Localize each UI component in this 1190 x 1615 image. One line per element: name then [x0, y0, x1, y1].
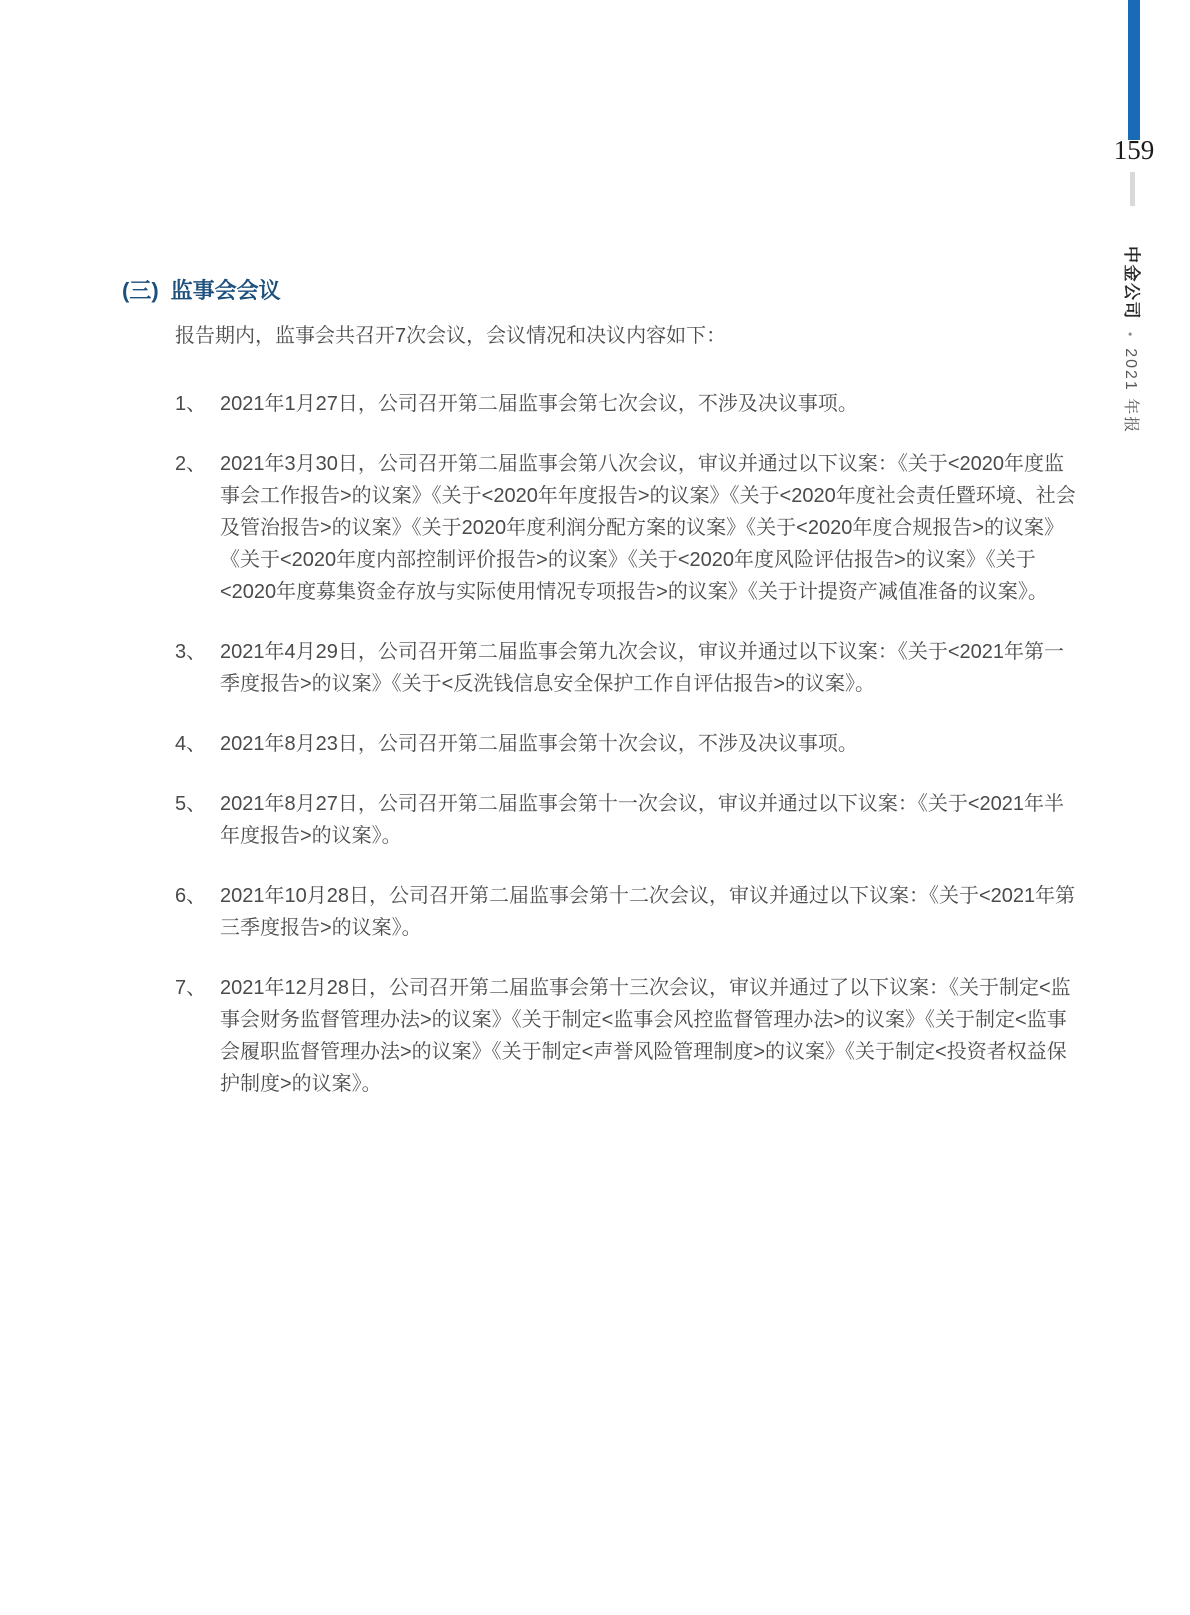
- meeting-text: 2021年12月28日，公司召开第二届监事会第十三次会议，审议并通过了以下议案：…: [220, 972, 1080, 1100]
- meeting-number: 1、: [175, 388, 220, 420]
- side-separator-dot: •: [1123, 332, 1137, 336]
- meeting-number: 6、: [175, 880, 220, 944]
- meeting-text: 2021年3月30日，公司召开第二届监事会第八次会议，审议并通过以下议案：《关于…: [220, 448, 1080, 608]
- accent-bar: [1128, 0, 1140, 140]
- section-index: (三): [122, 276, 159, 306]
- meeting-text: 2021年8月23日，公司召开第二届监事会第十次会议，不涉及决议事项。: [220, 728, 1080, 760]
- section-heading: (三) 监事会会议: [122, 276, 1080, 306]
- meeting-number: 2、: [175, 448, 220, 608]
- meeting-list: 1、 2021年1月27日，公司召开第二届监事会第七次会议，不涉及决议事项。 2…: [122, 388, 1080, 1100]
- page-number: 159: [1098, 134, 1170, 166]
- meeting-item: 6、 2021年10月28日，公司召开第二届监事会第十二次会议，审议并通过以下议…: [175, 880, 1080, 944]
- meeting-item: 3、 2021年4月29日，公司召开第二届监事会第九次会议，审议并通过以下议案：…: [175, 636, 1080, 700]
- section-content: (三) 监事会会议 报告期内，监事会共召开7次会议，会议情况和决议内容如下： 1…: [122, 276, 1080, 1128]
- meeting-number: 3、: [175, 636, 220, 700]
- side-year-label: 2021 年报: [1122, 348, 1139, 434]
- meeting-item: 5、 2021年8月27日，公司召开第二届监事会第十一次会议，审议并通过以下议案…: [175, 788, 1080, 852]
- side-brand-label: 中金公司: [1122, 246, 1141, 320]
- page-number-rule: [1130, 172, 1135, 206]
- report-page: 159 中金公司•2021 年报 (三) 监事会会议 报告期内，监事会共召开7次…: [0, 0, 1190, 1615]
- meeting-text: 2021年4月29日，公司召开第二届监事会第九次会议，审议并通过以下议案：《关于…: [220, 636, 1080, 700]
- meeting-item: 2、 2021年3月30日，公司召开第二届监事会第八次会议，审议并通过以下议案：…: [175, 448, 1080, 608]
- meeting-number: 4、: [175, 728, 220, 760]
- section-title: 监事会会议: [171, 276, 281, 306]
- meeting-number: 5、: [175, 788, 220, 852]
- meeting-text: 2021年8月27日，公司召开第二届监事会第十一次会议，审议并通过以下议案：《关…: [220, 788, 1080, 852]
- section-intro: 报告期内，监事会共召开7次会议，会议情况和决议内容如下：: [175, 320, 1080, 352]
- meeting-item: 7、 2021年12月28日，公司召开第二届监事会第十三次会议，审议并通过了以下…: [175, 972, 1080, 1100]
- meeting-number: 7、: [175, 972, 220, 1100]
- meeting-item: 1、 2021年1月27日，公司召开第二届监事会第七次会议，不涉及决议事项。: [175, 388, 1080, 420]
- meeting-item: 4、 2021年8月23日，公司召开第二届监事会第十次会议，不涉及决议事项。: [175, 728, 1080, 760]
- meeting-text: 2021年1月27日，公司召开第二届监事会第七次会议，不涉及决议事项。: [220, 388, 1080, 420]
- meeting-text: 2021年10月28日，公司召开第二届监事会第十二次会议，审议并通过以下议案：《…: [220, 880, 1080, 944]
- side-caption: 中金公司•2021 年报: [1119, 246, 1142, 434]
